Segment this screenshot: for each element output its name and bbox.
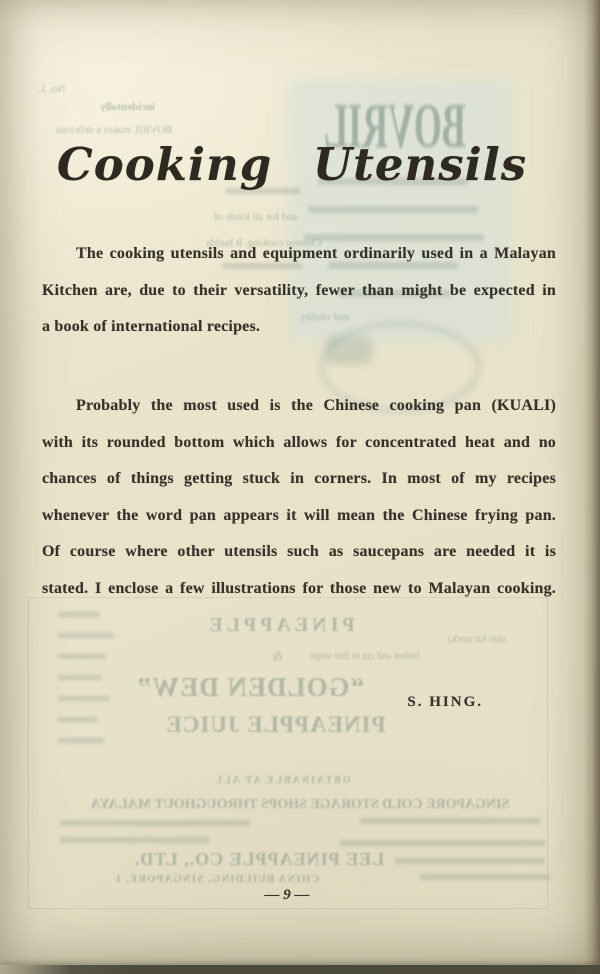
page-stack-edge: [584, 0, 600, 974]
text-line: Of course where other utensils such as s…: [42, 534, 556, 571]
text-line: chances of things getting stuck in corne…: [42, 461, 556, 498]
page-number: — 9 —: [0, 887, 587, 904]
ghost-smudge: [360, 818, 540, 824]
paragraph-kuali: Probably the most used is the Chinese co…: [42, 388, 556, 607]
ghost-smudge: [60, 820, 250, 826]
ghost-smudge: [420, 874, 550, 880]
ghost-golden-dew-headline: “GOLDEN DEW”: [108, 672, 393, 703]
ghost-line-bovril-makes: BOVRIL makes a delicious: [56, 125, 172, 136]
text-line: with its rounded bottom which allows for…: [42, 425, 556, 462]
ghost-smudge: [340, 840, 545, 846]
ghost-issue-label: No. 1.: [38, 83, 65, 95]
ghost-line-incidentally: incidentally: [100, 101, 155, 113]
paragraph-intro: The cooking utensils and equipment ordin…: [42, 236, 556, 346]
ghost-smudge: [58, 633, 114, 638]
ghost-obtainable-line: OBTAINABLE AT ALL: [178, 775, 386, 786]
photo-bottom-edge: [0, 965, 600, 974]
ghost-china-building-line: CHINA BUILDING, SINGAPORE, 1: [93, 873, 341, 885]
ghost-ampersand: &: [260, 648, 294, 664]
ghost-smudge: [60, 837, 210, 843]
ghost-line-fine-strips: boiled and cut in fine strips: [310, 651, 419, 662]
ghost-smudge: [395, 858, 545, 864]
ghost-smudge: [58, 738, 104, 743]
ghost-pineapple-juice-headline: PINEAPPLE JUICE: [103, 712, 448, 738]
ghost-smudge: [308, 206, 478, 213]
ghost-smudge: [58, 654, 106, 659]
text-line: Kitchen are, due to their versatility, f…: [42, 273, 556, 310]
ghost-smudge: [58, 612, 100, 617]
book-page-photo: BOVRIL No. 1. incidentally BOVRIL makes …: [0, 0, 600, 974]
ghost-lee-pineapple-line: LEE PINEAPPLE CO., LTD.: [108, 849, 410, 870]
text-line: The cooking utensils and equipment ordin…: [42, 236, 556, 273]
ghost-pineapple-headline: PINEAPPLE: [170, 614, 390, 637]
ghost-smudge: [58, 696, 110, 701]
page-title: Cooking Utensils: [0, 138, 592, 191]
text-line: stated. I enclose a few illustrations fo…: [42, 571, 556, 608]
text-line: Probably the most used is the Chinese co…: [42, 388, 556, 425]
text-line: whenever the word pan appears it will me…: [42, 498, 556, 535]
author-signature: S. HING.: [407, 694, 483, 711]
text-line: a book of international recipes.: [42, 309, 556, 346]
ghost-line-all-kinds: and for all kinds of: [214, 211, 298, 223]
ghost-smudge: [58, 675, 102, 680]
ghost-singapore-line: SINGAPORE COLD STORAGE SHOPS THROUGHOUT …: [52, 797, 548, 813]
ghost-smudge: [58, 717, 98, 722]
ghost-line-skin-stock: skin for stock): [448, 634, 506, 645]
